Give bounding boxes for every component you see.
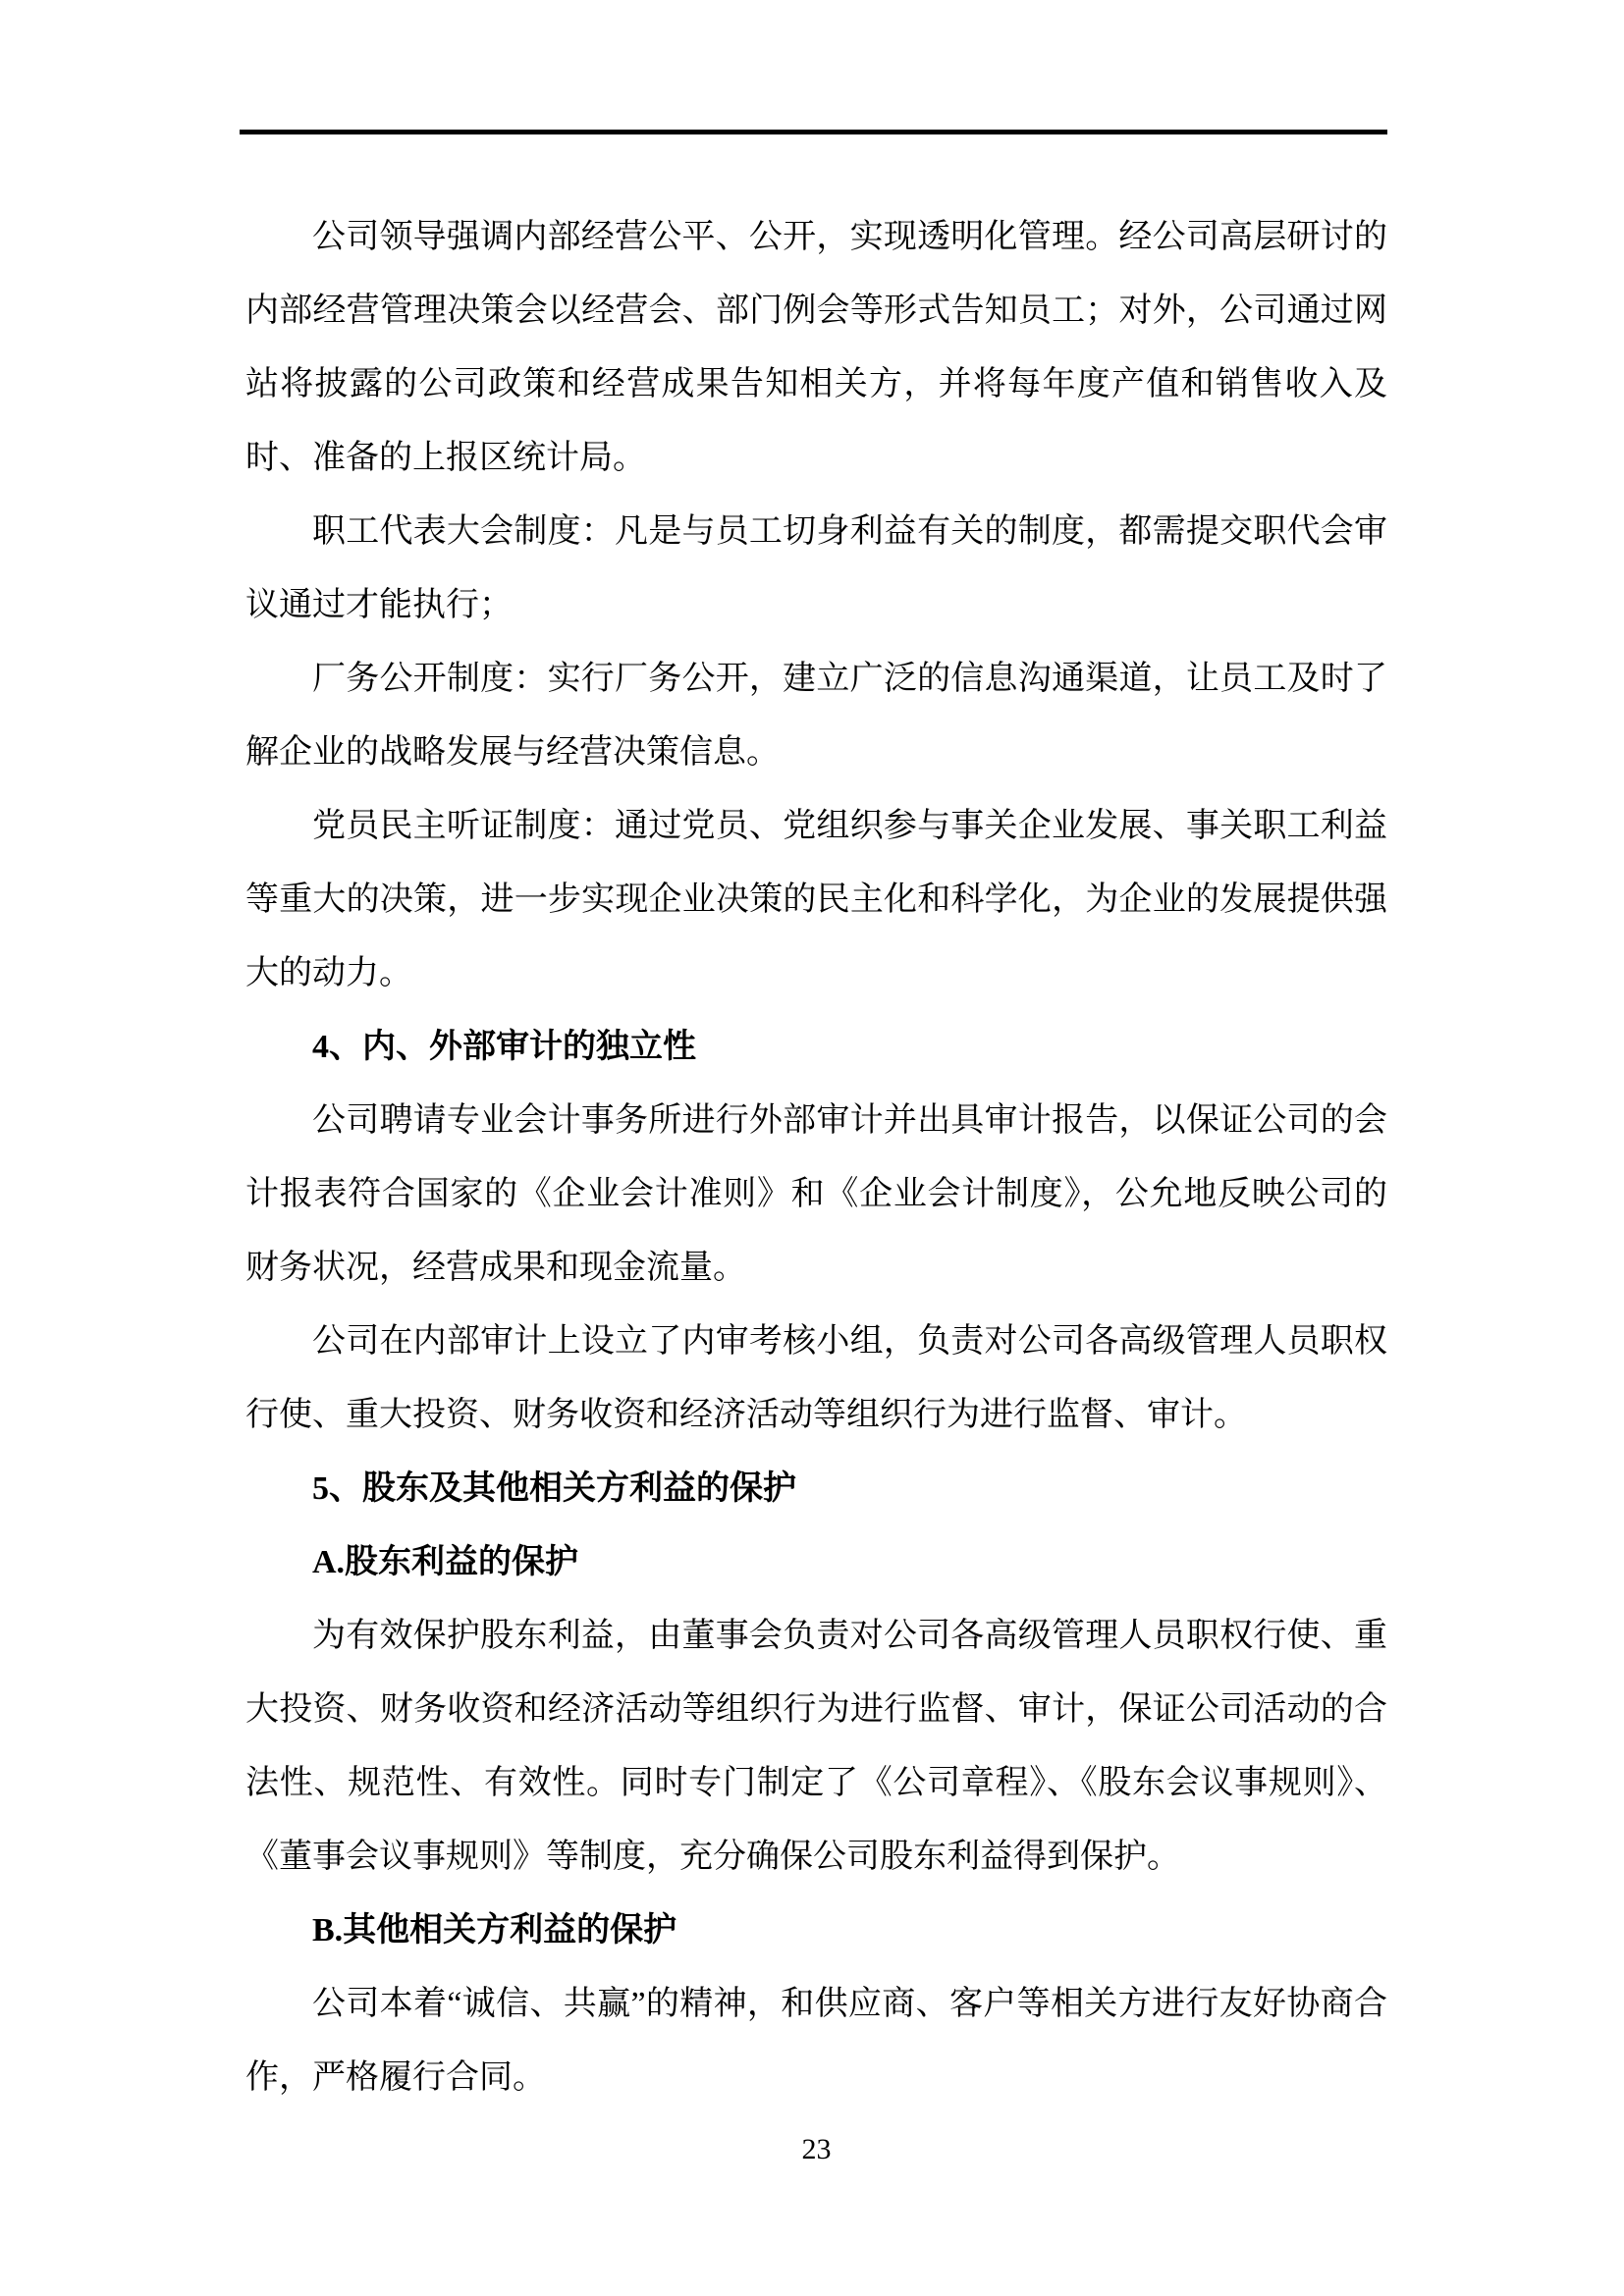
paragraph-transparency-management: 公司领导强调内部经营公平、公开，实现透明化管理。经公司高层研讨的内部经营管理决策… bbox=[245, 200, 1387, 495]
page-number: 23 bbox=[802, 2133, 832, 2165]
paragraph-factory-affairs-openness: 厂务公开制度：实行厂务公开，建立广泛的信息沟通渠道，让员工及时了解企业的战略发展… bbox=[245, 642, 1387, 789]
header-rule bbox=[240, 130, 1387, 134]
heading-shareholder-protection: 5、股东及其他相关方利益的保护 bbox=[245, 1452, 1387, 1525]
paragraph-board-supervision: 为有效保护股东利益，由董事会负责对公司各高级管理人员职权行使、重大投资、财务收资… bbox=[245, 1599, 1387, 1894]
paragraph-party-member-hearing: 党员民主听证制度：通过党员、党组织参与事关企业发展、事关职工利益等重大的决策，进… bbox=[245, 789, 1387, 1010]
page-footer: 23 bbox=[245, 2130, 1387, 2169]
document-body: 公司领导强调内部经营公平、公开，实现透明化管理。经公司高层研讨的内部经营管理决策… bbox=[245, 200, 1387, 2114]
subheading-shareholder-interests: A.股东利益的保护 bbox=[245, 1525, 1387, 1599]
paragraph-internal-audit-group: 公司在内部审计上设立了内审考核小组，负责对公司各高级管理人员职权行使、重大投资、… bbox=[245, 1305, 1387, 1452]
document-page: 公司领导强调内部经营公平、公开，实现透明化管理。经公司高层研讨的内部经营管理决策… bbox=[0, 0, 1624, 2296]
paragraph-external-audit: 公司聘请专业会计事务所进行外部审计并出具审计报告，以保证公司的会计报表符合国家的… bbox=[245, 1084, 1387, 1305]
paragraph-workers-congress-system: 职工代表大会制度：凡是与员工切身利益有关的制度，都需提交职代会审议通过才能执行； bbox=[245, 495, 1387, 642]
paragraph-integrity-cooperation: 公司本着“诚信、共赢”的精神，和供应商、客户等相关方进行友好协商合作，严格履行合… bbox=[245, 1967, 1387, 2114]
heading-audit-independence: 4、内、外部审计的独立性 bbox=[245, 1010, 1387, 1084]
subheading-other-stakeholders: B.其他相关方利益的保护 bbox=[245, 1894, 1387, 1967]
